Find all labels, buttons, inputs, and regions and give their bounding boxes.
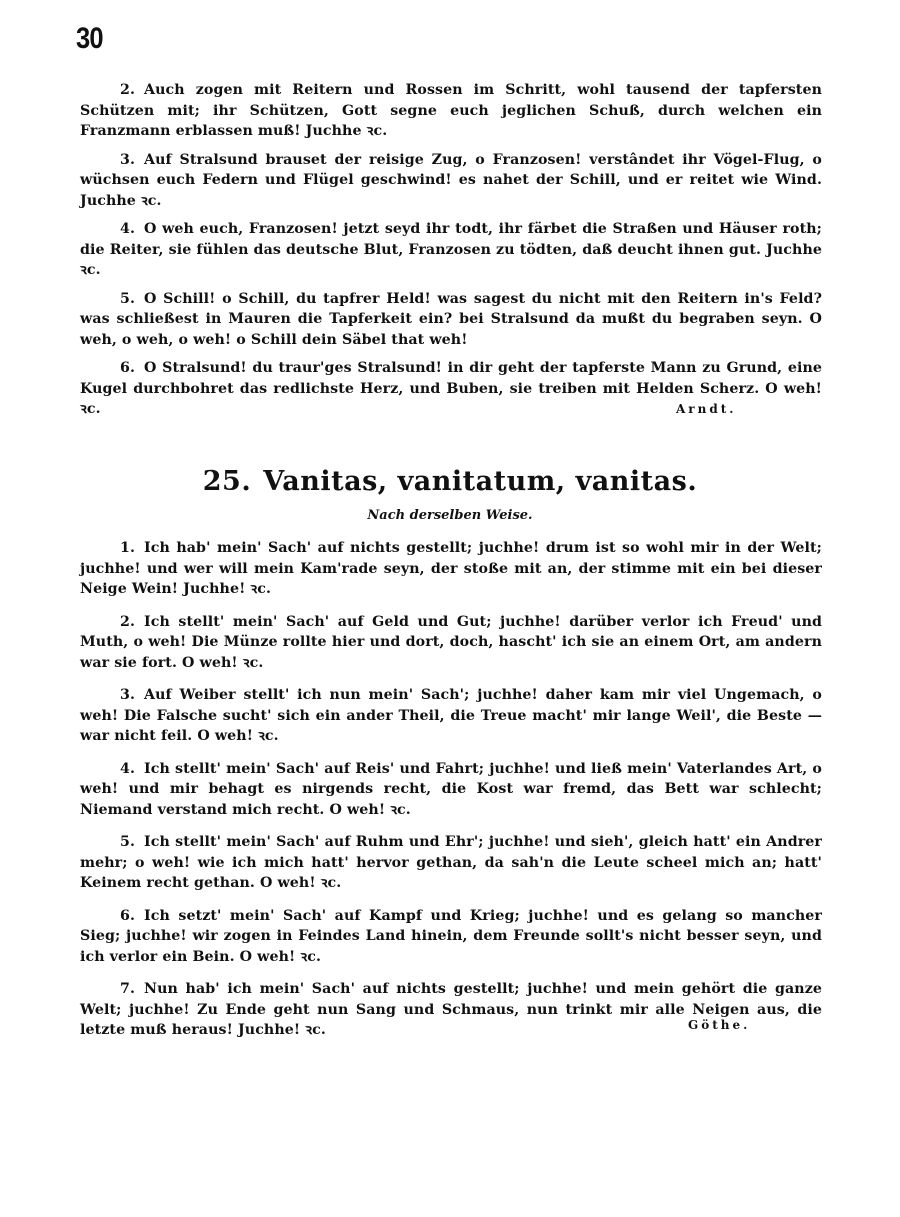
song-author: Göthe.: [688, 1018, 750, 1032]
stanza-text: O Schill! o Schill, du tapfrer Held! was…: [80, 291, 822, 348]
stanza-text: Ich stellt' mein' Sach' auf Ruhm und Ehr…: [80, 834, 822, 891]
previous-song-author: Arndt.: [676, 402, 736, 416]
stanza: 3.Auf Stralsund brauset der reisige Zug,…: [80, 150, 822, 212]
stanza-number: 3.: [120, 687, 135, 703]
stanza-number: 3.: [120, 152, 135, 168]
stanza: 4.O weh euch, Franzosen! jetzt seyd ihr …: [80, 219, 822, 281]
stanza-text: O weh euch, Franzosen! jetzt seyd ihr to…: [80, 221, 822, 278]
stanza-number: 4.: [120, 221, 135, 237]
stanza-number: 4.: [120, 761, 135, 777]
stanza-text: Ich stellt' mein' Sach' auf Geld und Gut…: [80, 614, 822, 671]
stanza-text: Auch zogen mit Reitern und Rossen im Sch…: [80, 82, 822, 139]
stanza: 4.Ich stellt' mein' Sach' auf Reis' und …: [80, 759, 822, 821]
song-title: 25.Vanitas, vanitatum, vanitas.: [0, 466, 900, 497]
stanza: 2.Ich stellt' mein' Sach' auf Geld und G…: [80, 612, 822, 674]
song-stanzas: 1.Ich hab' mein' Sach' auf nichts gestel…: [80, 538, 822, 1053]
stanza: 5.Ich stellt' mein' Sach' auf Ruhm und E…: [80, 832, 822, 894]
stanza-text: Ich stellt' mein' Sach' auf Reis' und Fa…: [80, 761, 822, 818]
stanza-number: 2.: [120, 82, 135, 98]
song-subtitle: Nach derselben Weise.: [0, 508, 900, 523]
stanza: 3.Auf Weiber stellt' ich nun mein' Sach'…: [80, 685, 822, 747]
stanza-number: 7.: [120, 981, 135, 997]
stanza: 2.Auch zogen mit Reitern und Rossen im S…: [80, 80, 822, 142]
stanza-number: 2.: [120, 614, 135, 630]
stanza-number: 5.: [120, 834, 135, 850]
book-page: 30 2.Auch zogen mit Reitern und Rossen i…: [0, 0, 900, 1217]
stanza-text: Auf Stralsund brauset der reisige Zug, o…: [80, 152, 822, 209]
stanza-number: 5.: [120, 291, 135, 307]
stanza: 1.Ich hab' mein' Sach' auf nichts gestel…: [80, 538, 822, 600]
stanza-text: Ich hab' mein' Sach' auf nichts gestellt…: [80, 540, 822, 597]
song-number: 25.: [203, 466, 251, 497]
stanza-number: 6.: [120, 360, 135, 376]
stanza-text: Auf Weiber stellt' ich nun mein' Sach'; …: [80, 687, 822, 744]
song-title-text: Vanitas, vanitatum, vanitas.: [263, 466, 697, 497]
previous-song-stanzas: 2.Auch zogen mit Reitern und Rossen im S…: [80, 80, 822, 428]
stanza: 6.Ich setzt' mein' Sach' auf Kampf und K…: [80, 906, 822, 968]
page-number: 30: [76, 22, 103, 56]
stanza-number: 1.: [120, 540, 135, 556]
stanza-text: Ich setzt' mein' Sach' auf Kampf und Kri…: [80, 908, 822, 965]
stanza: 5.O Schill! o Schill, du tapfrer Held! w…: [80, 289, 822, 351]
stanza-number: 6.: [120, 908, 135, 924]
